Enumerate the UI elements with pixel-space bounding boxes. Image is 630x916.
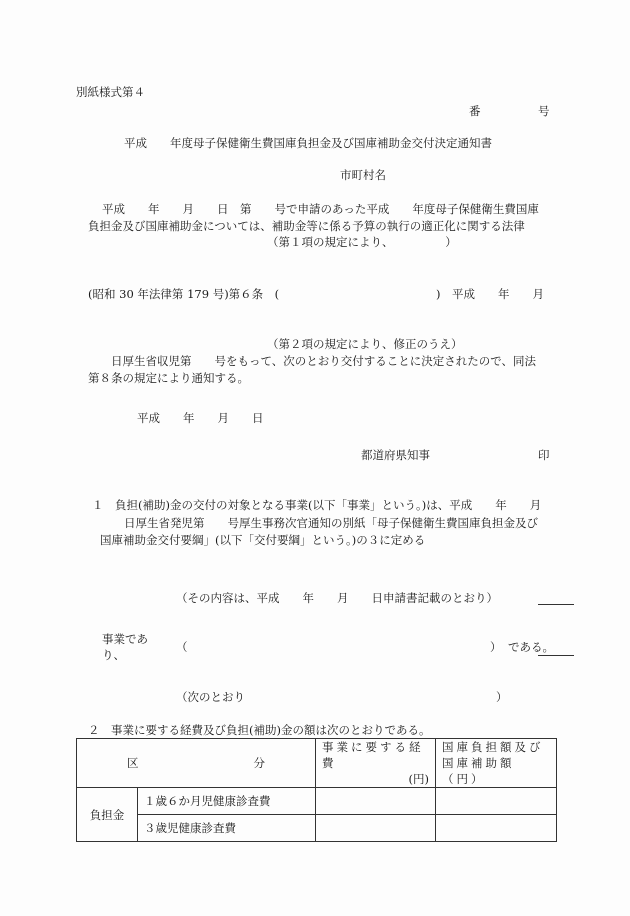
item1-option-b-open: （ bbox=[176, 640, 188, 654]
addressee-municipality: 市町村名 bbox=[340, 168, 386, 182]
header-amount-line2: 国庫補助額（円） bbox=[442, 755, 550, 787]
header-amount: 国庫負担額及び 国庫補助額（円） bbox=[436, 739, 557, 788]
jigyou-label-2: り、 bbox=[102, 648, 125, 662]
paragraph1-line7: 第８条の規定により通知する。 bbox=[88, 371, 249, 385]
item1-line3: 国庫補助金交付要綱」(以下「交付要綱」という。)の３に定める bbox=[100, 533, 425, 547]
law-date: ) 平成 年 月 bbox=[436, 287, 544, 301]
item1-line2: 日厚生省発児第 号厚生事務次官通知の別紙「母子保健衛生費国庫負担金及び bbox=[124, 516, 538, 530]
row-item: １歳６か月児健康診査費 bbox=[138, 788, 316, 815]
header-cost-line1: 事業に要する経費 bbox=[322, 739, 429, 771]
header-cost-line2: (円) bbox=[322, 771, 429, 787]
blank-underline-a bbox=[538, 604, 574, 605]
number-suffix: 号 bbox=[538, 104, 550, 118]
item1-dearu: である。 bbox=[508, 640, 554, 654]
header-kubun-right: 分 bbox=[254, 755, 266, 771]
header-kubun: 区 分 bbox=[77, 739, 316, 788]
row-cost[interactable] bbox=[316, 788, 436, 815]
item2-heading: ２ 事業に要する経費及び負担(補助)金の額は次のとおりである。 bbox=[88, 723, 430, 737]
paragraph1-option1: （第１項の規定により、 ） bbox=[267, 235, 457, 249]
table-row: ３歳児健康診査費 bbox=[77, 815, 557, 842]
group-label: 負担金 bbox=[90, 808, 125, 822]
header-kubun-left: 区 bbox=[127, 755, 139, 771]
group-label-cell: 負担金 bbox=[77, 788, 138, 842]
item1-option-c-close: ） bbox=[496, 690, 508, 704]
governor-label: 都道府県知事 bbox=[361, 448, 430, 462]
law-reference: (昭和 30 年法律第 179 号)第６条 ( bbox=[88, 287, 279, 301]
item1-line1: １ 負担(補助)金の交付の対象となる事業(以下「事業」という。)は、平成 年 月 bbox=[92, 498, 541, 512]
item1-option-a: （その内容は、平成 年 月 日申請書記載のとおり） bbox=[176, 591, 498, 605]
expense-table: 区 分 事業に要する経費 (円) 国庫負担額及び 国庫補助額（円） 負担金 １歳… bbox=[76, 738, 557, 842]
blank-underline-b bbox=[538, 655, 574, 656]
paragraph1-line6: 日厚生省収児第 号をもって、次のとおり交付することに決定されたので、同法 bbox=[88, 354, 536, 368]
notice-date: 平成 年 月 日 bbox=[137, 411, 264, 425]
header-amount-line1: 国庫負担額及び bbox=[442, 739, 550, 755]
row-amount[interactable] bbox=[436, 815, 557, 842]
item1-option-c-open: （次のとおり bbox=[176, 690, 245, 704]
document-title: 平成 年度母子保健衛生費国庫負担金及び国庫補助金交付決定通知書 bbox=[124, 136, 492, 150]
row-item: ３歳児健康診査費 bbox=[138, 815, 316, 842]
item1-option-b-close: ） bbox=[490, 640, 502, 654]
header-cost: 事業に要する経費 (円) bbox=[316, 739, 436, 788]
number-label: 番 bbox=[469, 104, 481, 118]
seal-mark: 印 bbox=[538, 448, 550, 462]
form-label: 別紙様式第４ bbox=[76, 85, 145, 99]
paragraph1-option2: （第２項の規定により、修正のうえ） bbox=[267, 337, 463, 351]
paragraph1-line2: 負担金及び国庫補助金については、補助金等に係る予算の執行の適正化に関する法律 bbox=[88, 219, 525, 233]
table-row: 負担金 １歳６か月児健康診査費 bbox=[77, 788, 557, 815]
table-header-row: 区 分 事業に要する経費 (円) 国庫負担額及び 国庫補助額（円） bbox=[77, 739, 557, 788]
row-amount[interactable] bbox=[436, 788, 557, 815]
jigyou-label-1: 事業であ bbox=[102, 632, 148, 646]
paragraph1-line1: 平成 年 月 日 第 号で申請のあった平成 年度母子保健衛生費国庫 bbox=[102, 202, 539, 216]
row-cost[interactable] bbox=[316, 815, 436, 842]
